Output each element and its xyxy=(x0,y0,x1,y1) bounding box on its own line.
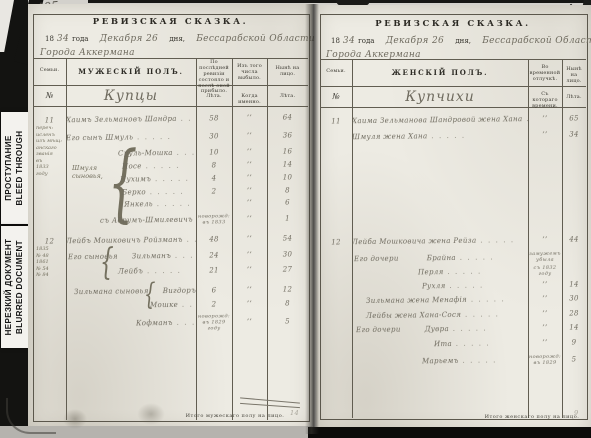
col-now-sub: Лѣта. xyxy=(268,94,307,100)
age-prev: 21 xyxy=(196,266,232,274)
hand-place-2: Города Аккермана xyxy=(40,48,135,58)
col-no-symbol: № xyxy=(33,91,66,100)
family-no: 12 xyxy=(33,237,66,245)
col-away-sub: Съ котораго времени. xyxy=(529,92,561,110)
person-name: Иосе xyxy=(66,162,180,171)
departed-when: ’’ xyxy=(232,215,267,223)
relation-prefix: Его дочери xyxy=(352,326,401,335)
header-top-line xyxy=(320,59,586,60)
left-title: РЕВИЗСКАЯ СКАЗКА. xyxy=(33,17,308,27)
departed-when: ’’ xyxy=(232,318,267,326)
person-name: Ита xyxy=(352,340,490,350)
right-footer-total: 9 xyxy=(574,409,579,417)
age-now: 14 xyxy=(267,160,308,169)
hand-year: 34 xyxy=(57,34,69,44)
age-now: 6 xyxy=(267,198,308,207)
right-title: РЕВИЗСКАЯ СКАЗКА. xyxy=(320,19,586,29)
person-name: Сруль-Мошка xyxy=(66,149,196,159)
person-name: Лейбъ xyxy=(66,267,182,276)
person-name: Лейбы жена Хана-Сося xyxy=(352,310,500,320)
table-row: Кофманъ новорожд: въ 1829 году ’’ 5 xyxy=(33,309,308,336)
group-merchant-wives: Купчихи xyxy=(352,89,528,105)
col-no-symbol: № xyxy=(320,92,352,101)
age-now: 54 xyxy=(267,234,308,243)
age-now: 30 xyxy=(267,250,308,259)
person-name: Хаимъ Зельмановъ Шандра xyxy=(66,115,196,125)
col-male-sex: МУЖЕСКІЙ ПОЛЪ. xyxy=(66,67,196,76)
person-name: Его сынъ Шмуль xyxy=(66,133,172,142)
age-now: 44 xyxy=(562,235,586,243)
age-now: 5 xyxy=(562,355,586,363)
age-now: 27 xyxy=(267,265,308,274)
away-since: ’’ xyxy=(528,236,562,244)
age-prev: 48 xyxy=(196,235,232,243)
header-mid-line xyxy=(320,86,586,87)
age-now: 14 xyxy=(562,280,586,288)
departed-when: ’’ xyxy=(232,161,267,169)
person-name: Марьемъ xyxy=(352,356,497,366)
away-since: ’’ xyxy=(528,324,562,332)
away-since: ’’ xyxy=(528,310,562,318)
age-now: 16 xyxy=(267,147,308,156)
departed-when: ’’ xyxy=(232,114,267,122)
person-name: Кофманъ xyxy=(66,319,196,329)
col-now-present: Нынѣ на лицо. xyxy=(563,67,585,85)
col-departed: Изъ того числа выбыло. xyxy=(233,64,266,82)
printed-goda: года xyxy=(358,37,374,45)
col-family: Семьи. xyxy=(320,69,352,75)
stain xyxy=(62,408,88,430)
age-prev: 2 xyxy=(196,300,232,308)
hand-place: Бессарабской Области xyxy=(196,34,315,44)
col-prev-revision: По послѣдней ревизіи состояло и послѣ он… xyxy=(197,60,231,95)
departed-when: ’’ xyxy=(232,132,267,140)
age-prev: 4 xyxy=(196,174,232,182)
label-blurred-en: BLURRED DOCUMENT xyxy=(15,239,26,336)
away-note: съ 1832 году xyxy=(528,265,562,277)
age-now: 5 xyxy=(267,317,308,326)
age-now: 8 xyxy=(267,186,308,195)
printed-dnya: дня, xyxy=(169,35,185,43)
away-since: ’’ xyxy=(528,281,562,289)
away-since: ’’ xyxy=(528,339,562,347)
person-name: Берко xyxy=(66,188,184,197)
away-note: замужемъ убыла xyxy=(528,251,562,263)
col-family: Семьи. xyxy=(33,68,66,74)
person-name: Шмуля жена Хана xyxy=(352,132,466,141)
family-no: 12 xyxy=(320,238,352,246)
label-blurred-ru: НЕРЕЗКИЙ ДОКУМЕНТ xyxy=(4,239,15,336)
age-prev: 58 xyxy=(196,114,232,122)
person-name: Нухимъ xyxy=(66,175,190,185)
age-now: 12 xyxy=(267,285,308,294)
label-bleed-en: BLEED THROUGH xyxy=(15,131,26,206)
hand-year: 34 xyxy=(343,36,355,46)
age-prev: 6 xyxy=(196,286,232,294)
hand-day: Декабря 26 xyxy=(100,34,158,44)
hand-day: Декабря 26 xyxy=(386,36,444,46)
person-name: Дувра xyxy=(401,325,488,334)
departed-when: ’’ xyxy=(232,199,267,207)
age-now: 1 xyxy=(267,214,308,223)
left-page: РЕВИЗСКАЯ СКАЗКА. 1834года Декабря 26 дн… xyxy=(28,4,312,432)
printed-goda: года xyxy=(72,35,88,43)
age-now: 10 xyxy=(267,173,308,182)
departed-when: ’’ xyxy=(232,235,267,243)
person-name: Брайна xyxy=(399,253,495,262)
away-since: ’’ xyxy=(528,115,562,123)
right-date-line: 1834года Декабря 26 дня, Бессарабской Об… xyxy=(328,36,591,46)
away-note: новорожд: въ 1829 xyxy=(528,354,562,366)
departed-when: ’’ xyxy=(232,300,267,308)
family-no: 11 xyxy=(320,117,352,125)
col-female-sex: ЖЕНСКІЙ ПОЛЪ. xyxy=(352,68,528,77)
age-now: 65 xyxy=(562,114,586,122)
printed-18: 18 xyxy=(331,37,340,45)
away-since: ’’ xyxy=(528,295,562,303)
left-footer-label: Итого мужескаго полу на лицо. xyxy=(180,413,290,419)
film-bottom-band xyxy=(308,427,591,438)
left-footer-total: 14 xyxy=(290,409,299,417)
person-name: Хаима Зельманова Шандровой жена Хана xyxy=(352,115,528,125)
right-footer-label: Итого женскаго полу на лицо. xyxy=(484,414,580,420)
label-bleed-ru: ПРОСТУПАНИЕ xyxy=(4,131,15,206)
departed-when: ’’ xyxy=(232,286,267,294)
label-blurred-document: НЕРЕЗКИЙ ДОКУМЕНТ BLURRED DOCUMENT xyxy=(1,226,28,348)
family-no: 11 xyxy=(33,116,66,124)
printed-18: 18 xyxy=(45,35,54,43)
departed-when: ’’ xyxy=(232,148,267,156)
person-name: Рухля xyxy=(352,282,484,292)
printed-dnya: дня, xyxy=(455,37,471,45)
relation-prefix: Зильмана сыновья xyxy=(66,287,149,296)
col-now-sub: Лѣта. xyxy=(563,95,585,101)
label-bleed-through: ПРОСТУПАНИЕ BLEED THROUGH xyxy=(1,112,28,224)
col-away: Во временной отлучкѣ. xyxy=(529,65,561,83)
microfilm-scan: ПРОСТУПАНИЕ BLEED THROUGH НЕРЕЗКИЙ ДОКУМ… xyxy=(0,0,591,438)
age-now: 30 xyxy=(562,294,586,302)
departed-when: ’’ xyxy=(232,251,267,259)
age-prev: 10 xyxy=(196,148,232,156)
relation-prefix: Его дочери xyxy=(352,255,399,264)
age-now: 9 xyxy=(562,338,586,346)
col-prev-sub: Лѣта. xyxy=(197,94,231,100)
person-name: Лейбъ Мошковичъ Ройзманъ xyxy=(66,236,196,246)
col-now-present: Нынѣ на лицо. xyxy=(268,66,307,78)
away-since: ’’ xyxy=(528,131,562,139)
person-name: Зильмана жена Менафія xyxy=(352,295,505,305)
table-row: Марьемъ новорожд: въ 1829 5 xyxy=(320,349,586,372)
person-name: Перля xyxy=(352,268,482,278)
age-prev-note: новорожд: въ 1833 xyxy=(196,213,232,225)
departed-when: ’’ xyxy=(232,187,267,195)
age-now: 36 xyxy=(267,131,308,140)
right-page: РЕВИЗСКАЯ СКАЗКА. 1834года Декабря 26 дн… xyxy=(316,5,591,434)
age-prev: 30 xyxy=(196,132,232,140)
age-now: 34 xyxy=(562,130,586,138)
page-gutter-shadow xyxy=(305,4,319,434)
age-now: 8 xyxy=(267,299,308,308)
hand-place: Бессарабской Области xyxy=(482,36,591,46)
age-now: 64 xyxy=(267,113,308,122)
person-name: съ Абрумъ-Шмилевичъ xyxy=(66,216,193,226)
left-date-line: 1834года Декабря 26 дня, Бессарабской Об… xyxy=(42,34,315,44)
table-row: съ Абрумъ-Шмилевичъ новорожд: въ 1833 ’’… xyxy=(33,208,308,231)
group-merchants: Купцы xyxy=(66,88,196,104)
age-prev: 24 xyxy=(196,251,232,259)
col-out-sub: Когда именно. xyxy=(233,94,266,106)
age-prev-note: новорожд: въ 1829 году xyxy=(196,313,232,331)
person-name: Вигдоръ xyxy=(149,287,196,296)
departed-when: ’’ xyxy=(232,174,267,182)
person-name: Лейба Мошковича жена Рейза xyxy=(352,236,515,246)
age-now: 14 xyxy=(562,323,586,331)
departed-when: ’’ xyxy=(232,266,267,274)
age-now: 28 xyxy=(562,309,586,317)
person-name: Мошке xyxy=(66,301,196,311)
relation-prefix: Его сыновья xyxy=(66,253,118,262)
person-name: Зильманъ xyxy=(118,252,196,261)
age-prev: 8 xyxy=(196,161,232,169)
person-name: Янкель xyxy=(66,200,191,210)
age-prev: 2 xyxy=(196,187,232,195)
stain xyxy=(136,402,166,426)
